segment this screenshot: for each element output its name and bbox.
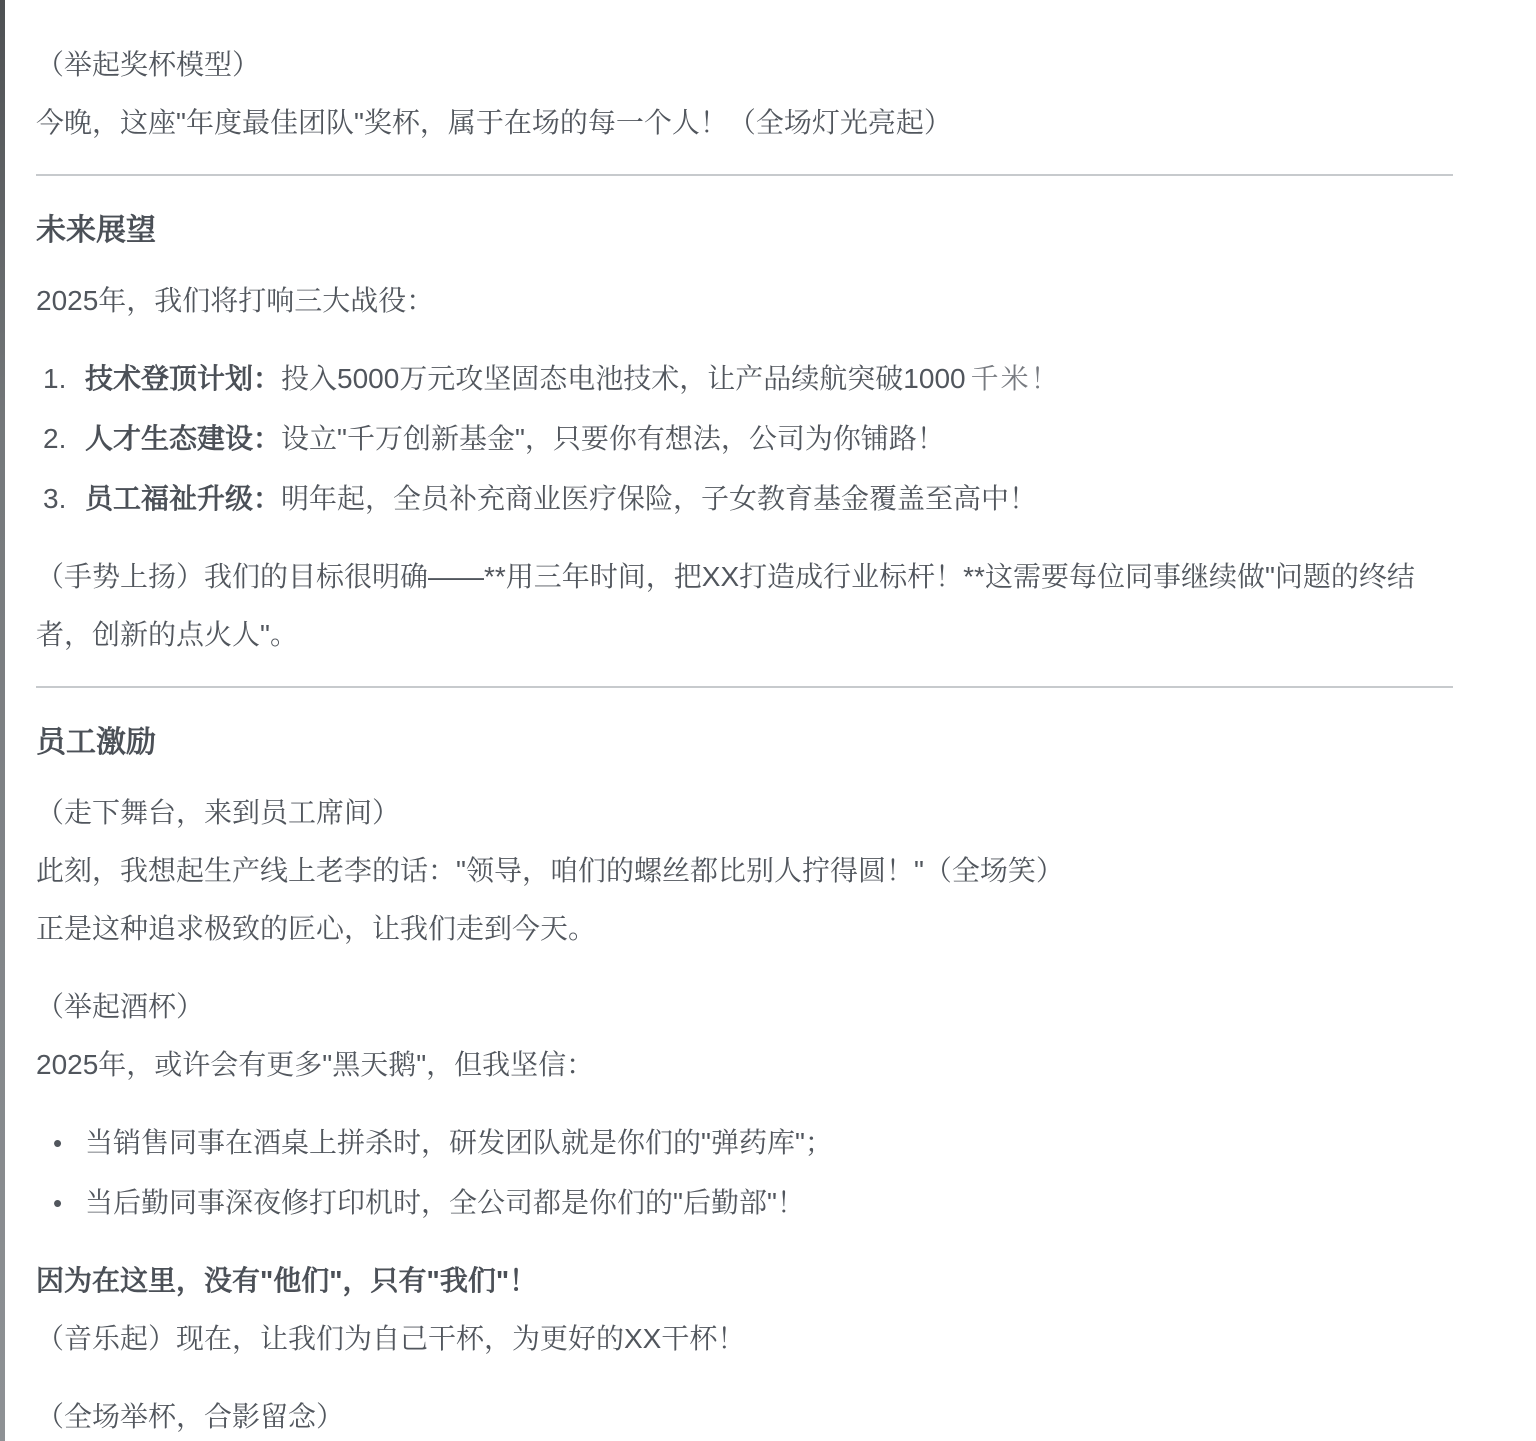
list-text: 人才生态建设：设立"千万创新基金"，只要你有想法，公司为你铺路！ xyxy=(85,410,945,468)
list-desc: 投入5000万元攻坚固态电池技术，让产品续航突破1000 xyxy=(281,363,966,394)
section-heading-motivation: 员工激励 xyxy=(36,722,1453,764)
quote-line: 此刻，我想起生产线上老李的话："领导，咱们的螺丝都比别人拧得圆！"（全场笑） xyxy=(36,855,1064,886)
list-desc: 明年起，全员补充商业医疗保险，子女教育基金覆盖至高中！ xyxy=(281,483,1037,514)
bullet-icon: • xyxy=(36,1174,85,1232)
bullet-icon: • xyxy=(36,1114,85,1172)
future-lead: 2025年，我们将打响三大战役： xyxy=(36,272,1453,330)
stage-direction-glass: （举起酒杯） xyxy=(36,991,204,1022)
section-divider xyxy=(36,174,1453,176)
craftsmanship-line: 正是这种追求极致的匠心，让我们走到今天。 xyxy=(36,913,596,944)
document-page: （举起奖杯模型） 今晚，这座"年度最佳团队"奖杯，属于在场的每一个人！（全场灯光… xyxy=(0,0,1536,1441)
toast-line: （音乐起）现在，让我们为自己干杯，为更好的XX干杯！ xyxy=(36,1323,745,1354)
emphasis-line: 因为在这里，没有"他们"，只有"我们"！ xyxy=(36,1265,537,1296)
list-desc-alt: 千米！ xyxy=(971,363,1061,394)
list-number: 2. xyxy=(36,410,85,468)
motivation-paragraph-2: （举起酒杯） 2025年，或许会有更多"黑天鹅"，但我坚信： xyxy=(36,978,1453,1094)
list-term: 技术登顶计划： xyxy=(85,363,281,394)
list-desc: 设立"千万创新基金"，只要你有想法，公司为你铺路！ xyxy=(281,423,945,454)
list-term: 人才生态建设： xyxy=(85,423,281,454)
list-item: • 当销售同事在酒桌上拼杀时，研发团队就是你们的"弹药库"； xyxy=(36,1114,1453,1172)
stage-direction-stage: （走下舞台，来到员工席间） xyxy=(36,797,400,828)
list-item: 3. 员工福祉升级：明年起，全员补充商业医疗保险，子女教育基金覆盖至高中！ xyxy=(36,470,1453,528)
list-item: 1. 技术登顶计划：投入5000万元攻坚固态电池技术，让产品续航突破1000千米… xyxy=(36,350,1453,408)
intro-paragraph: （举起奖杯模型） 今晚，这座"年度最佳团队"奖杯，属于在场的每一个人！（全场灯光… xyxy=(36,36,1453,152)
list-number: 3. xyxy=(36,470,85,528)
motivation-paragraph-1: （走下舞台，来到员工席间） 此刻，我想起生产线上老李的话："领导，咱们的螺丝都比… xyxy=(36,784,1453,958)
closing-paragraph: 因为在这里，没有"他们"，只有"我们"！ （音乐起）现在，让我们为自己干杯，为更… xyxy=(36,1252,1453,1368)
belief-list: • 当销售同事在酒桌上拼杀时，研发团队就是你们的"弹药库"； • 当后勤同事深夜… xyxy=(36,1114,1453,1232)
speech-script: （举起奖杯模型） 今晚，这座"年度最佳团队"奖杯，属于在场的每一个人！（全场灯光… xyxy=(0,0,1536,1441)
belief-line: 2025年，或许会有更多"黑天鹅"，但我坚信： xyxy=(36,1049,594,1080)
future-closing: （手势上扬）我们的目标很明确——**用三年时间，把XX打造成行业标杆！**这需要… xyxy=(36,548,1453,664)
list-item: 2. 人才生态建设：设立"千万创新基金"，只要你有想法，公司为你铺路！ xyxy=(36,410,1453,468)
list-text: 技术登顶计划：投入5000万元攻坚固态电池技术，让产品续航突破1000千米！ xyxy=(85,350,1061,408)
battle-plan-list: 1. 技术登顶计划：投入5000万元攻坚固态电池技术，让产品续航突破1000千米… xyxy=(36,350,1453,528)
list-item: • 当后勤同事深夜修打印机时，全公司都是你们的"后勤部"！ xyxy=(36,1174,1453,1232)
stage-direction-trophy: （举起奖杯模型） xyxy=(36,49,260,80)
list-number: 1. xyxy=(36,350,85,408)
list-text: 员工福祉升级：明年起，全员补充商业医疗保险，子女教育基金覆盖至高中！ xyxy=(85,470,1037,528)
list-text: 当销售同事在酒桌上拼杀时，研发团队就是你们的"弹药库"； xyxy=(85,1114,833,1172)
finale-paragraph: （全场举杯，合影留念） xyxy=(36,1388,1453,1441)
section-divider xyxy=(36,686,1453,688)
list-term: 员工福祉升级： xyxy=(85,483,281,514)
list-text: 当后勤同事深夜修打印机时，全公司都是你们的"后勤部"！ xyxy=(85,1174,805,1232)
left-edge-shadow xyxy=(0,0,5,1441)
intro-line: 今晚，这座"年度最佳团队"奖杯，属于在场的每一个人！（全场灯光亮起） xyxy=(36,107,952,138)
section-heading-future: 未来展望 xyxy=(36,210,1453,252)
